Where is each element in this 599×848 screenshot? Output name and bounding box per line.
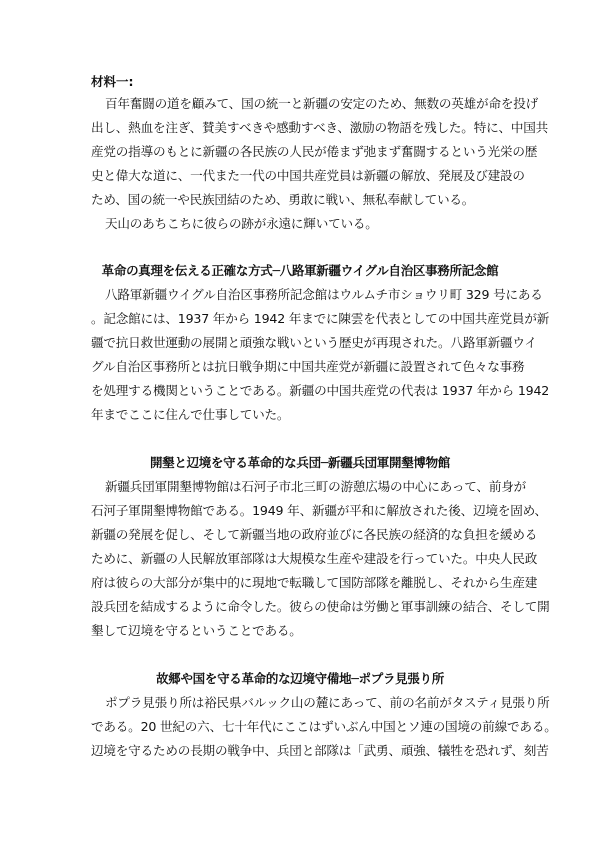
text-line: ポプラ見張り所は裕民県バルック山の麓にあって、前の名前がタスティ見張り所 (91, 691, 509, 715)
text-line: 府は彼らの大部分が集中的に現地で転職して国防部隊を離脱し、それから生産建 (91, 571, 509, 595)
text-line: 天山のあちこちに彼らの跡が永遠に輝いている。 (91, 212, 509, 236)
section-paragraph-eighth-route-army-office: 八路軍新疆ウイグル自治区事務所記念館はウルムチ市ショウリ町 329 号にある 。… (91, 283, 509, 427)
text-line: 辺境を守るための長期の戦争中、兵団と部隊は「武勇、頑強、犠牲を恐れず、刻苦 (91, 739, 509, 763)
text-line: 新疆兵団軍開墾博物館は石河子市北三町の游憩広場の中心にあって、前身が (91, 475, 509, 499)
text-line: 年までここに住んで仕事していた。 (91, 403, 509, 427)
section-heading-poplar-outpost: 故郷や国を守る革命的な辺境守備地─ポプラ見張り所 (91, 671, 509, 687)
text-line: である。20 世紀の六、七十年代にここはずいぶん中国とソ連の国境の前線である。 (91, 715, 509, 739)
text-line: グル自治区事務所とは抗日戦争期に中国共産党が新疆に設置されて色々な事務 (91, 355, 509, 379)
text-line: 。記念館には、1937 年から 1942 年までに陳雲を代表としての中国共産党員… (91, 307, 509, 331)
section-paragraph-poplar-outpost: ポプラ見張り所は裕民県バルック山の麓にあって、前の名前がタスティ見張り所 である… (91, 691, 509, 763)
text-line: 墾して辺境を守るということである。 (91, 619, 509, 643)
text-line: 石河子軍開墾博物館である。1949 年、新疆が平和に解放された後、辺境を固め、 (91, 499, 509, 523)
text-line: 新疆の発展を促し、そして新疆当地の政府並びに各民族の経済的な負担を緩める (91, 523, 509, 547)
text-line: ために、新疆の人民解放軍部隊は大規模な生産や建設を行っていた。中央人民政 (91, 547, 509, 571)
text-line: 八路軍新疆ウイグル自治区事務所記念館はウルムチ市ショウリ町 329 号にある (91, 283, 509, 307)
text-line: を処理する機関ということである。新疆の中国共産党の代表は 1937 年から 19… (91, 379, 509, 403)
text-line: 出し、熱血を注ぎ、賛美すべきや感動すべき、激励の物語を残した。特に、中国共 (91, 116, 509, 140)
text-line: 史と偉大な道に、一代また一代の中国共産党員は新疆の解放、発展及び建設の (91, 164, 509, 188)
section-paragraph-bingtuan-museum: 新疆兵団軍開墾博物館は石河子市北三町の游憩広場の中心にあって、前身が 石河子軍開… (91, 475, 509, 643)
text-line: 百年奮闘の道を顧みて、国の統一と新疆の安定のため、無数の英雄が命を投げ (91, 92, 509, 116)
text-line: ため、国の統一や民族団結のため、勇敢に戦い、無私奉献している。 (91, 188, 509, 212)
section-heading-bingtuan-museum: 開墾と辺境を守る革命的な兵団─新疆兵団軍開墾博物館 (91, 455, 509, 471)
text-line: 疆で抗日救世運動の展開と頑強な戦いという歴史が再現された。八路軍新疆ウイ (91, 331, 509, 355)
text-line: 産党の指導のもとに新疆の各民族の人民が倦まず弛まず奮闘するという光栄の歴 (91, 140, 509, 164)
section-heading-eighth-route-army-office: 革命の真理を伝える正確な方式─八路軍新疆ウイグル自治区事務所記念館 (91, 263, 509, 279)
intro-paragraph: 百年奮闘の道を顧みて、国の統一と新疆の安定のため、無数の英雄が命を投げ 出し、熱… (91, 92, 509, 236)
material-label: 材料一: (91, 74, 134, 90)
text-line: 設兵団を結成するように命令した。彼らの使命は労働と軍事訓練の結合、そして開 (91, 595, 509, 619)
